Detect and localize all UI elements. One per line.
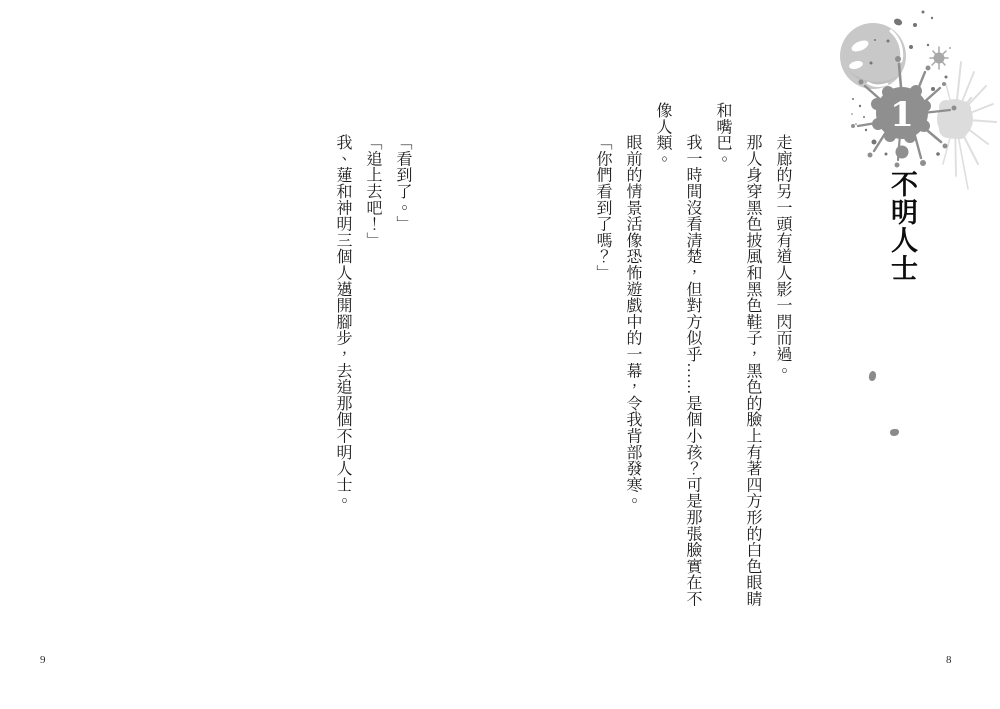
chapter-number: 1: [890, 95, 914, 135]
ball-icon: [840, 23, 906, 89]
chapter-title: 不明人士: [883, 170, 922, 300]
paragraph: 走廊的另一頭有道人影一閃而過。: [767, 102, 797, 610]
book-spread: 1 不明人士 走廊的另一頭有道人影一閃而過。: [0, 0, 1000, 709]
asterisk-splat-icon: [927, 47, 951, 69]
page-number-left: 9: [40, 654, 46, 666]
paragraph: 「看到了。」: [387, 102, 417, 610]
paragraph: 那人身穿黑色披風和黑色鞋子，黑色的臉上有著四方形的白色眼睛和嘴巴。: [707, 102, 767, 610]
paragraph: 「追上去吧！」: [357, 102, 387, 610]
ink-dot: [890, 429, 899, 436]
page-number-right: 8: [946, 654, 952, 666]
paragraph: 眼前的情景活像恐怖遊戲中的一幕，令我背部發寒。: [617, 102, 647, 610]
paragraph: 我一時間沒看清楚，但對方似乎……是個小孩？可是那張臉實在不像人類。: [647, 102, 707, 610]
right-page-text: 走廊的另一頭有道人影一閃而過。 那人身穿黑色披風和黑色鞋子，黑色的臉上有著四方形…: [567, 102, 797, 610]
paragraph: 我、蓮和神明三個人邁開腳步，去追那個不明人士。: [327, 102, 357, 610]
ink-burst-icon: [937, 62, 996, 189]
left-page-text: 「看到了。」 「追上去吧！」 我、蓮和神明三個人邁開腳步，去追那個不明人士。: [307, 102, 417, 610]
paragraph: 「你們看到了嗎？」: [587, 102, 617, 610]
ink-dot: [868, 371, 876, 382]
